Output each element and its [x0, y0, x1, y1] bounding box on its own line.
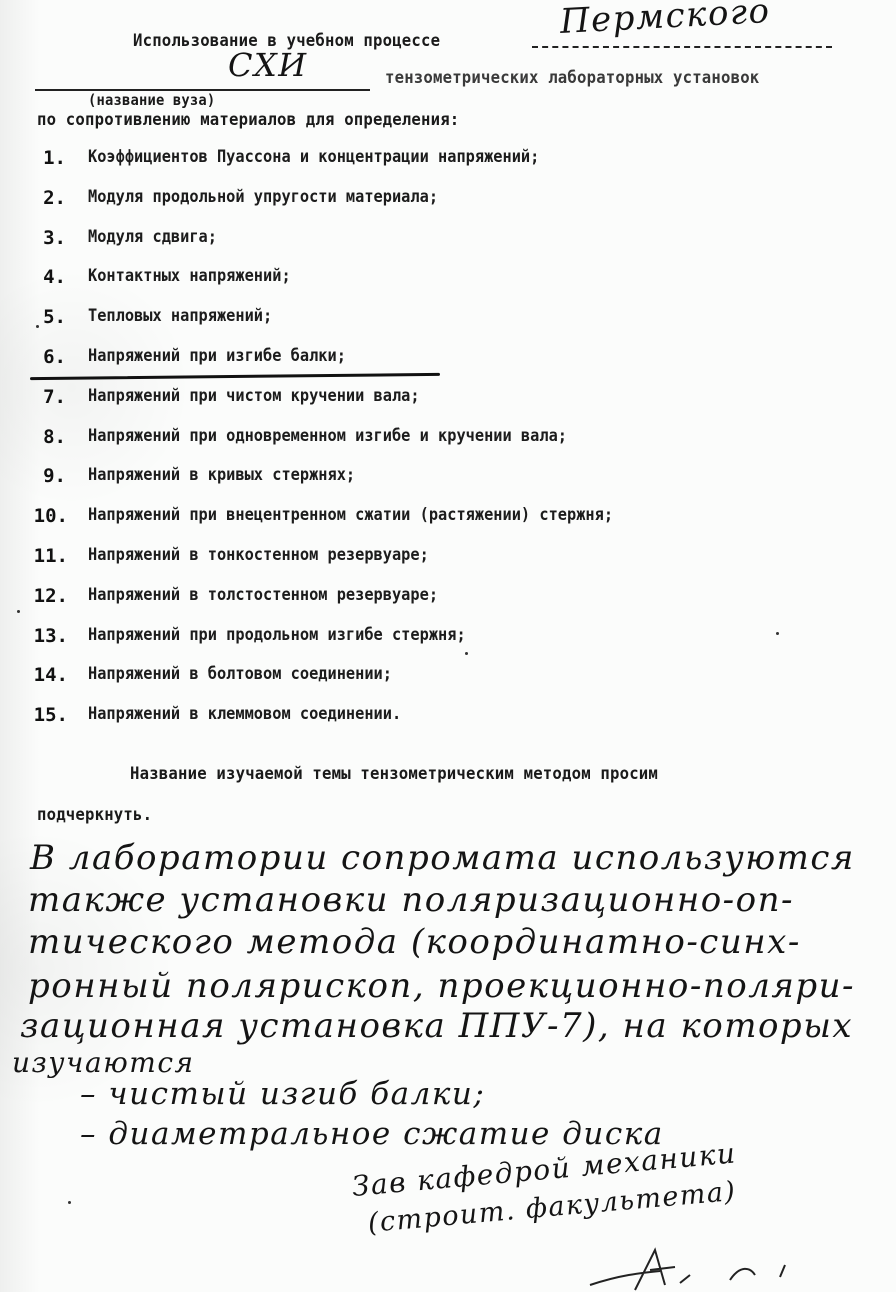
handwritten-note-line: изучаются — [12, 1046, 195, 1079]
list-item-number: 4. — [24, 266, 66, 288]
list-item-text: Модуля сдвига; — [88, 227, 217, 247]
handwritten-note-line: В лаборатории сопромата используются — [30, 838, 855, 878]
list-item-text: Напряжений в болтовом соединении; — [88, 664, 392, 684]
instruction-line2: подчеркнуть. — [37, 805, 152, 825]
list-item-text: Напряжений при изгибе балки; — [88, 346, 346, 366]
header-line2-typed: тензометрических лабораторных установок — [385, 68, 759, 88]
header-line3-typed: по сопротивлению материалов для определе… — [37, 110, 459, 130]
list-item-number: 12. — [26, 585, 68, 607]
list-item-number: 10. — [26, 505, 68, 527]
scan-speck — [17, 610, 20, 613]
list-item-text: Напряжений при одновременном изгибе и кр… — [88, 426, 567, 446]
list-item-text: Напряжений в клеммовом соединении. — [88, 704, 401, 724]
handwritten-underline-item-6 — [30, 373, 440, 380]
instruction-line1: Название изучаемой темы тензометрическим… — [130, 764, 658, 784]
list-item-text: Напряжений при чистом кручении вала; — [88, 386, 420, 406]
institution-caption: (название вуза) — [88, 91, 215, 109]
list-item-text: Контактных напряжений; — [88, 266, 291, 286]
scanned-form-page: Использование в учебном процессе Пермско… — [0, 0, 896, 1292]
handwritten-note-bullet: – чистый изгиб балки; — [80, 1076, 485, 1112]
list-item-text: Напряжений в толстостенном резервуаре; — [88, 585, 438, 605]
handwritten-note-line: тического метода (координатно-синх- — [28, 922, 801, 962]
list-item-number: 14. — [26, 664, 68, 686]
signature-scribble — [580, 1245, 820, 1292]
scan-speck — [36, 325, 39, 328]
list-item-number: 6. — [24, 346, 66, 368]
header-handwritten-institution-city: Пермского — [559, 0, 772, 42]
list-item-text: Напряжений при продольном изгибе стержня… — [88, 625, 466, 645]
handwritten-note-line: зационная установка ППУ-7), на которых — [20, 1006, 853, 1046]
header-line1-blank-rule — [532, 46, 832, 48]
list-item-number: 13. — [26, 625, 68, 647]
list-item-text: Напряжений при внецентренном сжатии (рас… — [88, 505, 613, 525]
scan-speck — [68, 1201, 71, 1204]
handwritten-note-line: ронный полярископ, проекционно-поляри- — [28, 966, 855, 1006]
list-item-number: 2. — [24, 187, 66, 209]
list-item-number: 15. — [26, 704, 68, 726]
list-item-number: 11. — [26, 545, 68, 567]
list-item-number: 7. — [24, 386, 66, 408]
scan-speck — [776, 632, 779, 635]
list-item-number: 1. — [24, 147, 66, 169]
handwritten-note-bullet: – диаметральное сжатие диска — [80, 1116, 664, 1152]
list-item-number: 5. — [24, 306, 66, 328]
header-handwritten-institution-abbrev: СХИ — [228, 46, 308, 84]
list-item-number: 3. — [24, 227, 66, 249]
list-item-text: Напряжений в кривых стержнях; — [88, 465, 355, 485]
scan-speck — [465, 652, 468, 655]
list-item-text: Тепловых напряжений; — [88, 306, 272, 326]
list-item-number: 9. — [24, 465, 66, 487]
handwritten-note-line: также установки поляризационно-оп- — [28, 880, 794, 920]
list-item-text: Напряжений в тонкостенном резервуаре; — [88, 545, 429, 565]
list-item-number: 8. — [24, 426, 66, 448]
list-item-text: Коэффициентов Пуассона и концентрации на… — [88, 147, 539, 167]
list-item-text: Модуля продольной упругости материала; — [88, 187, 438, 207]
